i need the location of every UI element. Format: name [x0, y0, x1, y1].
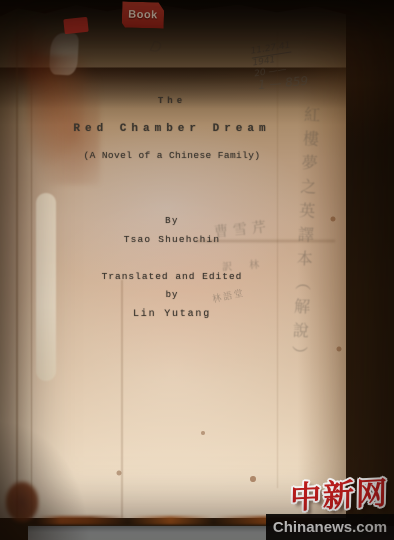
book-stamp-label: Book	[128, 9, 158, 22]
stain	[0, 18, 62, 90]
chinanews-bar: Chinanews.com	[266, 514, 394, 540]
edited-line: Translated and Edited	[36, 271, 308, 282]
spot-stains	[0, 0, 2, 2]
manuscript-photo: The Red Chamber Dream (A Novel of a Chin…	[0, 0, 394, 540]
article-word: The	[36, 96, 308, 106]
translator-name: Lin Yutang	[36, 309, 308, 320]
book-subtitle: (A Novel of a Chinese Family)	[36, 150, 308, 161]
red-tab	[63, 17, 88, 34]
chinanews-logo: 中新网	[290, 467, 390, 517]
dark-stain	[5, 481, 39, 523]
book-title: Red Chamber Dream	[36, 123, 308, 135]
chinese-note: 訳 林	[222, 255, 267, 273]
by-lower-label: by	[36, 290, 308, 300]
chinanews-site-label: Chinanews.com	[273, 519, 387, 536]
book-stamp-tab: Book	[122, 1, 165, 28]
